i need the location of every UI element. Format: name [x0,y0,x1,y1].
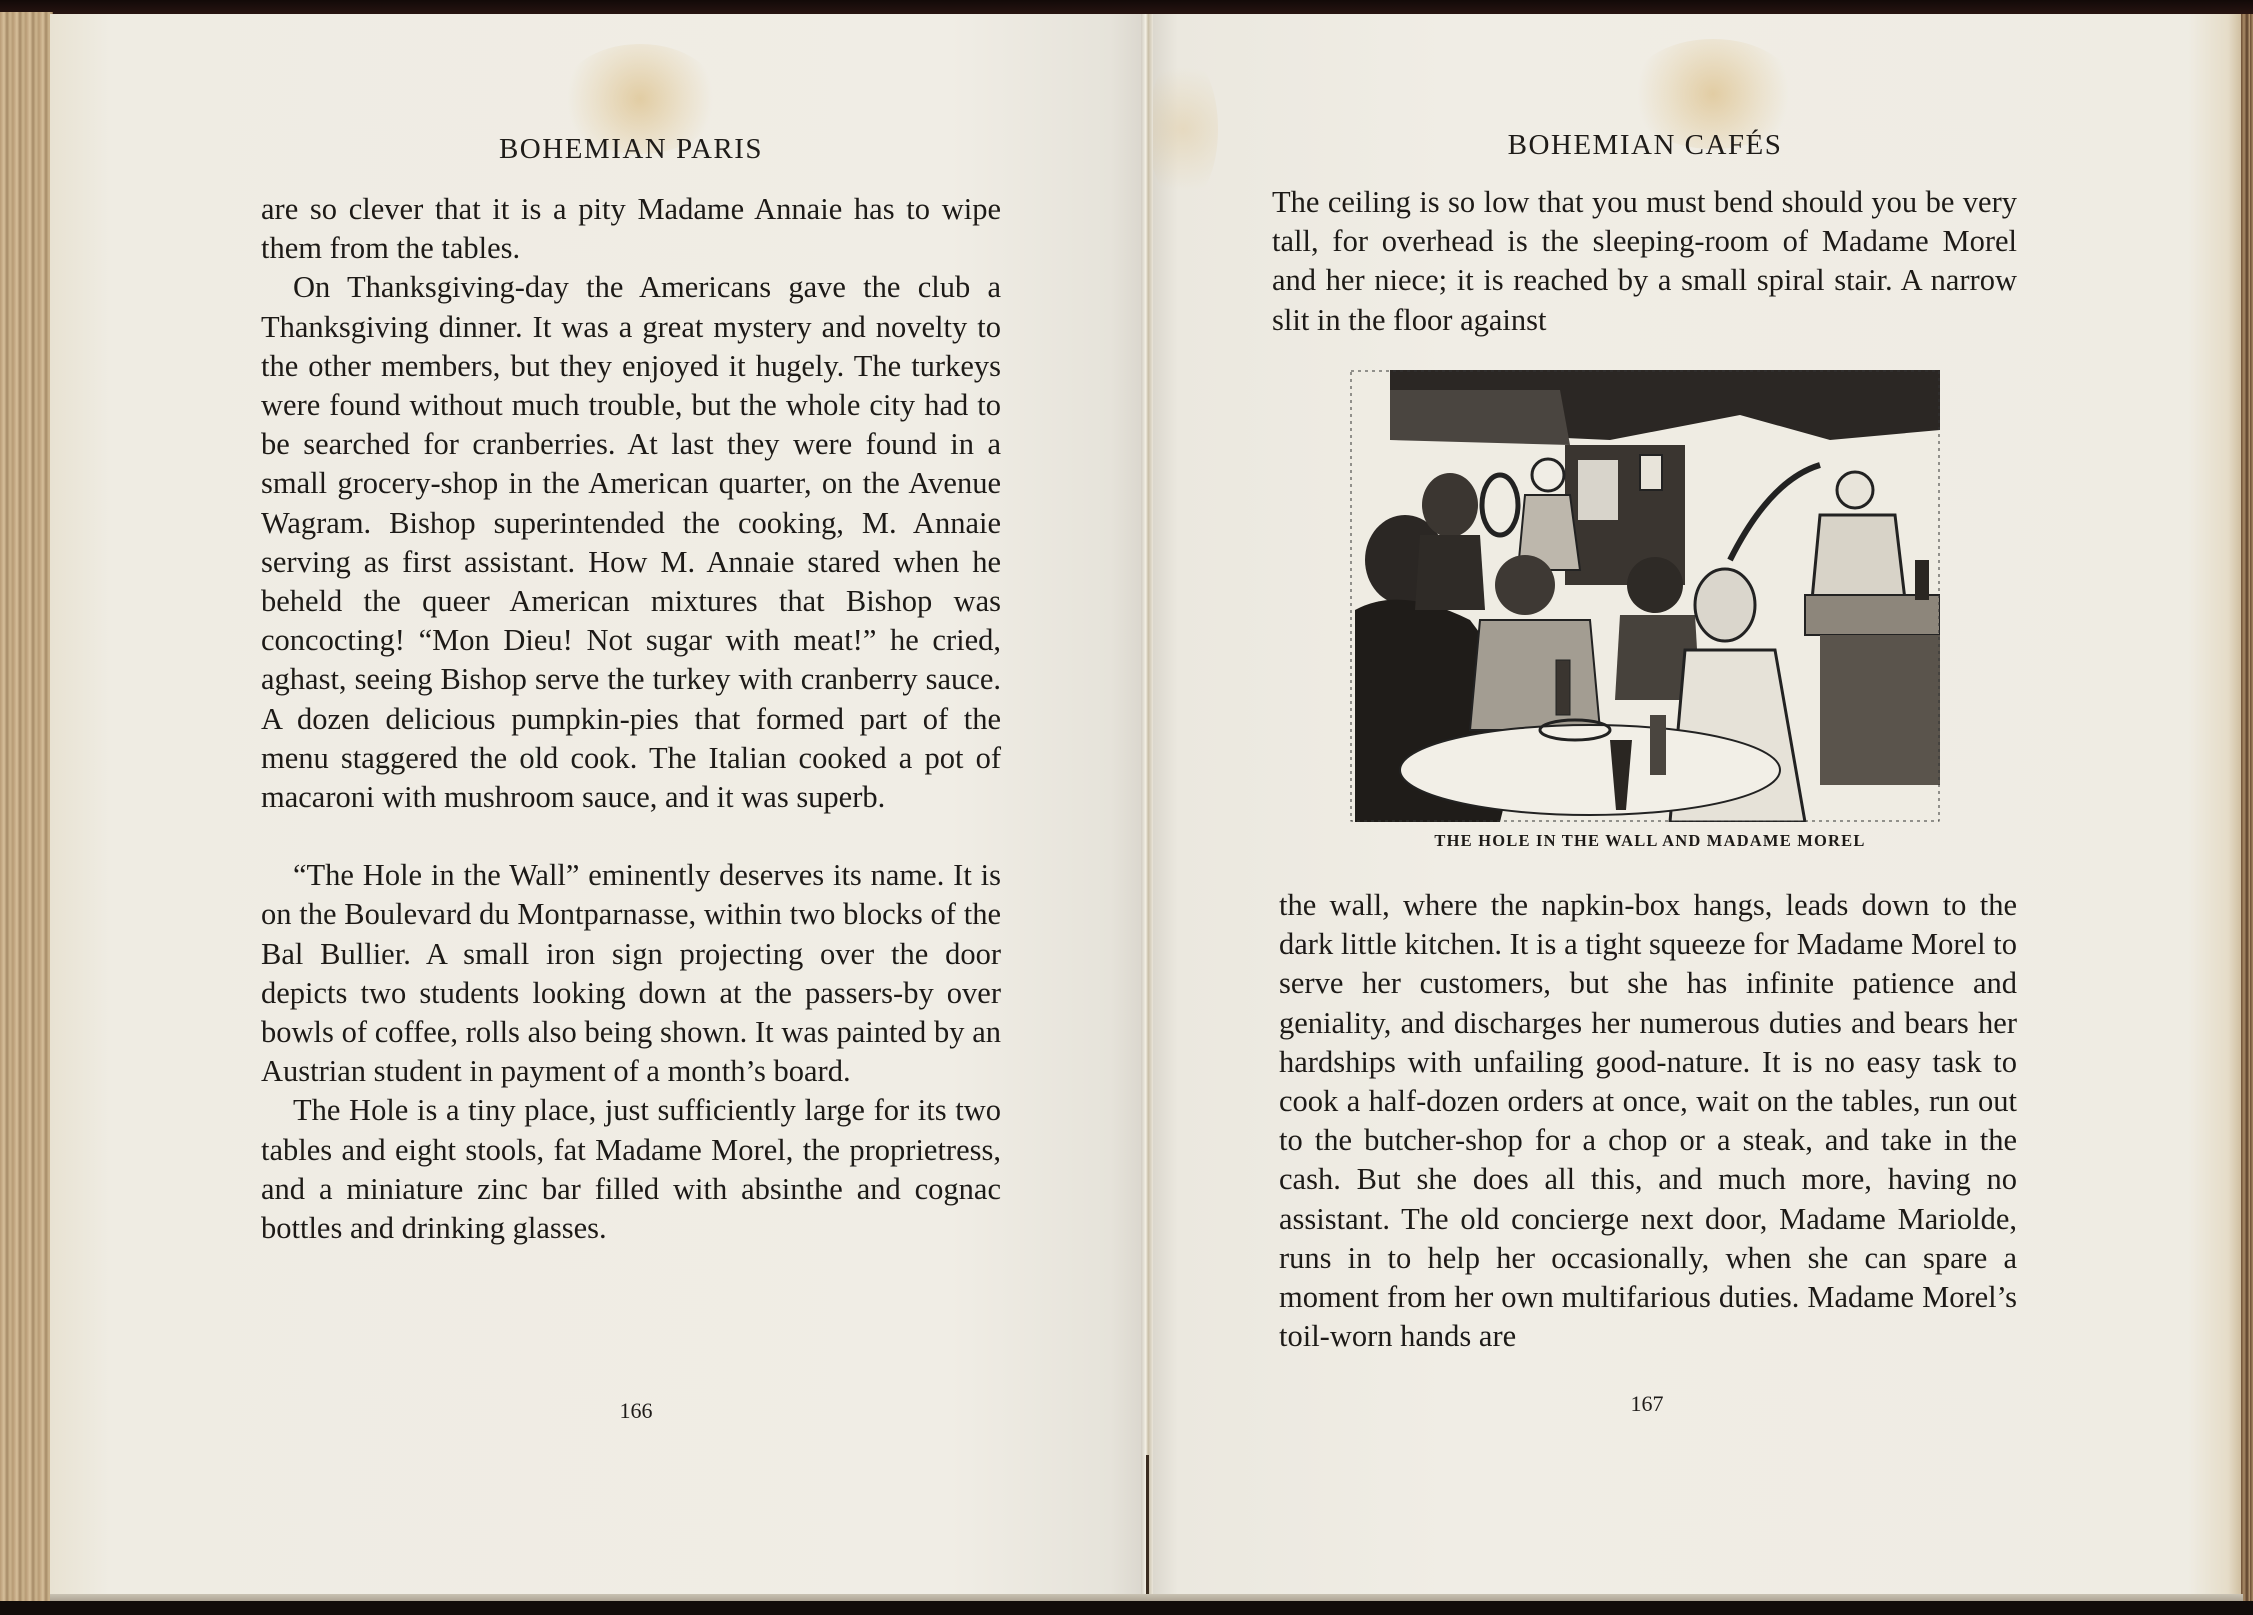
page-number-right: 167 [1597,1391,1697,1417]
left-page-text: are so clever that it is a pity Madame A… [261,190,1001,1248]
page-edges-left [0,12,53,1602]
page-number-left: 166 [586,1398,686,1424]
foxing-stain [1148,54,1218,204]
illustration-drawing [1350,370,1940,822]
book-cover-bottom [0,1601,2253,1615]
page-edges-right [2241,14,2253,1602]
paragraph: “The Hole in the Wall” eminently deserve… [261,856,1001,1091]
paragraph: are so clever that it is a pity Madame A… [261,190,1001,268]
binding-crack [1146,1455,1149,1603]
right-page-text-bottom: the wall, where the napkin-box hangs, le… [1279,886,2017,1356]
figure-caption: THE HOLE IN THE WALL AND MADAME MOREL [1330,831,1970,851]
illustration-cafe-interior [1350,370,1940,822]
paragraph: The Hole is a tiny place, just sufficien… [261,1091,1001,1248]
right-page-text-top: The ceiling is so low that you must bend… [1272,183,2017,340]
paragraph: On Thanksgiving-day the Americans gave t… [261,268,1001,817]
book-gutter [1141,14,1153,1602]
running-head-right: BOHEMIAN CAFÉS [1345,129,1945,162]
running-head-left: BOHEMIAN PARIS [331,133,931,166]
paragraph: the wall, where the napkin-box hangs, le… [1279,886,2017,1356]
paragraph: The ceiling is so low that you must bend… [1272,183,2017,340]
